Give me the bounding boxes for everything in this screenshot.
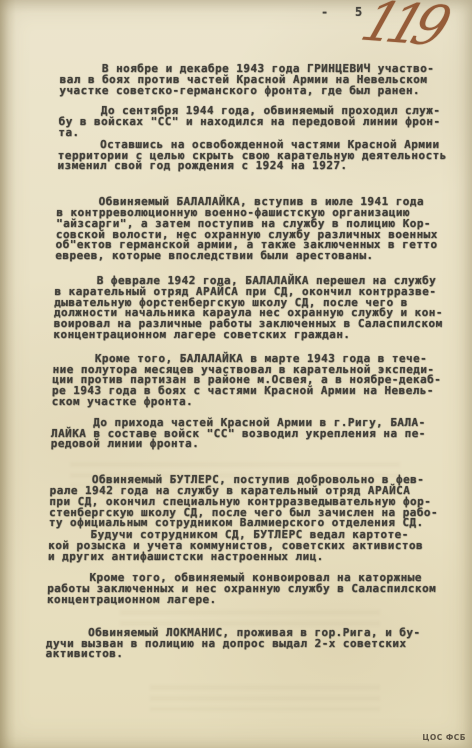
text-line: бу в войсках "СС" и находился на передов… — [58, 117, 450, 128]
paragraph: До сентября 1944 года, обвиняемый проход… — [58, 106, 451, 138]
text-line: изменил свой год рождения с 1924 на 1927… — [57, 161, 449, 172]
text-line: редовой линии фронта. — [51, 439, 443, 450]
paragraph: В ноябре и декабре 1943 года ГРИНЦЕВИЧ у… — [59, 64, 452, 96]
text-line: ском участке фронта. — [52, 397, 444, 408]
page-number: 5 — [355, 5, 362, 19]
paragraph: Оставшись на освобожденной частями Красн… — [57, 140, 450, 172]
ink-bleedthrough — [150, 685, 380, 711]
text-line: концентрационном лагере советских гражда… — [53, 330, 445, 341]
paragraph: Обвиняемый ЛОКМАНИС, проживая в гор.Рига… — [45, 628, 438, 660]
paragraph: Кроме того, обвиняемый конвоировал на ка… — [47, 573, 440, 605]
text-line: евреев, которые впоследствии были аресто… — [55, 251, 447, 262]
paragraph: Будучи сотрудником СД, БУТЛЕРС ведал кар… — [48, 530, 441, 562]
paragraph: В феврале 1942 года, БАЛАЛАЙКА перешел н… — [53, 276, 447, 341]
typewritten-text: В ноябре и декабре 1943 года ГРИНЦЕВИЧ у… — [45, 64, 452, 660]
scan-edge-shadow — [0, 0, 16, 748]
paragraph: Кроме того, БАЛАЛАЙКА в марте 1943 года … — [52, 354, 445, 408]
scanned-document-page: - 5 119 В ноябре и декабре 1943 года ГРИ… — [0, 0, 472, 748]
handwritten-folio-number: 119 — [354, 0, 451, 58]
text-line: и других антифашистски настроенных лиц. — [48, 552, 440, 563]
text-line: участке советско-германского фронта, где… — [59, 86, 451, 97]
paragraph: Обвиняемый БАЛАЛАЙКА, вступив в июле 194… — [55, 197, 449, 262]
text-line: концентрационном лагере. — [47, 595, 439, 606]
archive-watermark: ЦОС ФСБ — [422, 733, 466, 742]
paragraph: До прихода частей Красной Армии в г.Ригу… — [51, 418, 444, 450]
paragraph: Обвиняемый БУТЛЕРС, поступив добровольно… — [49, 475, 442, 529]
text-line: активистов. — [45, 649, 437, 660]
page-number-dash: - — [321, 5, 328, 19]
